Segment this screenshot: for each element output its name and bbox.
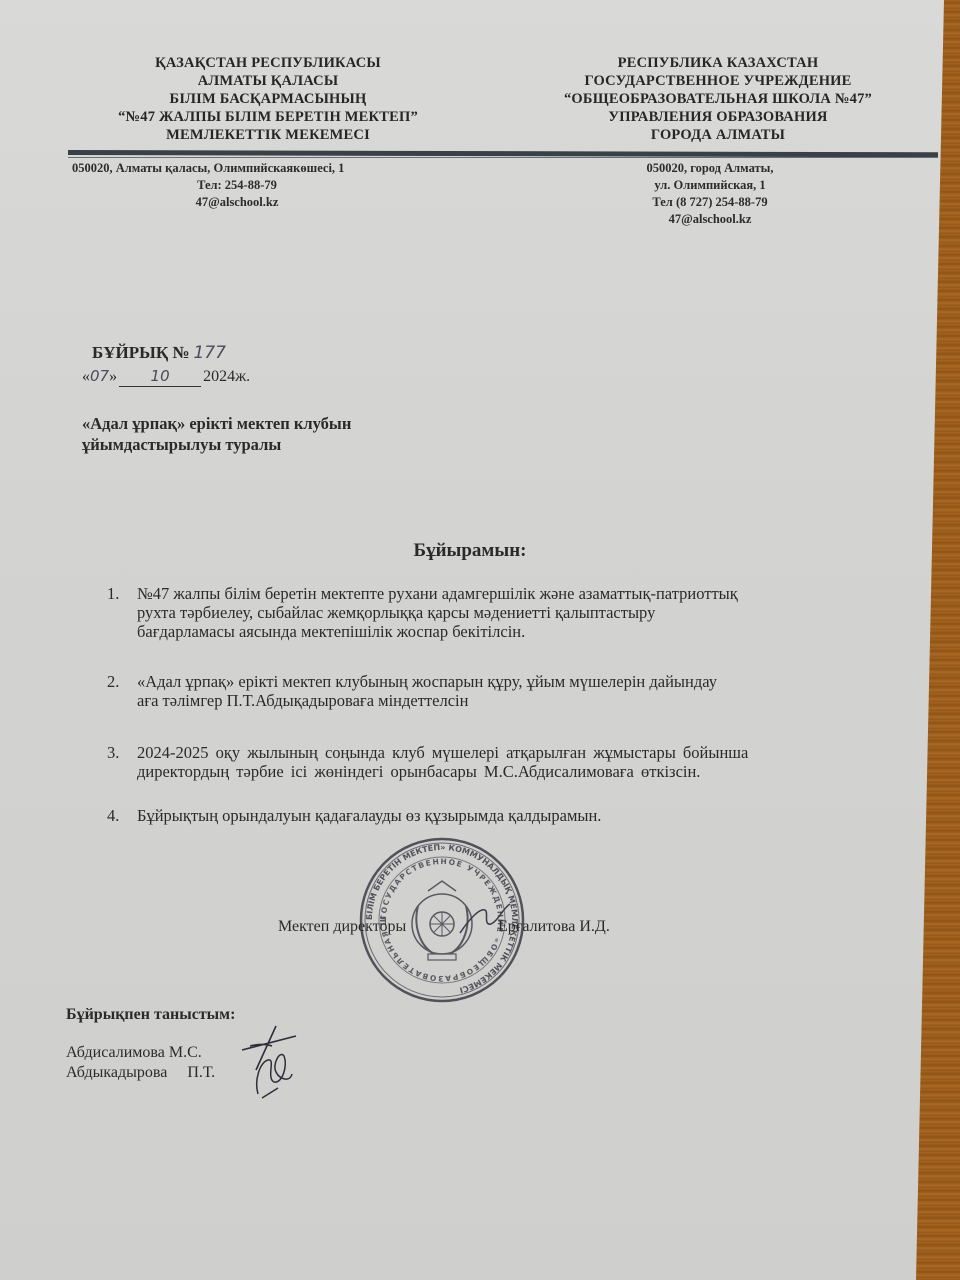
- item-line: бағдарламасы аясында мектепішілік жоспар…: [137, 622, 738, 641]
- order-subject: «Адал ұрпақ» ерікті мектеп клубын ұйымда…: [82, 413, 351, 455]
- item-line: рухта тәрбиелеу, сыбайлас жемқорлыққа қа…: [137, 603, 738, 622]
- header-right-line: РЕСПУБЛИКА КАЗАХСТАН: [508, 54, 928, 72]
- address-left: 050020, Алматы қаласы, Олимпийскаякөшесі…: [72, 160, 402, 211]
- date-month-line: 10: [119, 367, 201, 387]
- header-divider-thin: [68, 157, 938, 158]
- subject-line: ұйымдастырылуы туралы: [82, 434, 351, 455]
- header-right-ru: РЕСПУБЛИКА КАЗАХСТАН ГОСУДАРСТВЕННОЕ УЧР…: [508, 54, 928, 144]
- header-left-line: МЕМЛЕКЕТТІК МЕКЕМЕСІ: [68, 126, 468, 144]
- director-role: Мектеп директоры: [278, 918, 406, 936]
- address-email: 47@alschool.kz: [600, 211, 820, 228]
- header-left-line: “№47 ЖАЛПЫ БІЛІМ БЕРЕТІН МЕКТЕП”: [68, 108, 468, 126]
- order-number-line: БҰЙРЫҚ № 177: [92, 343, 226, 363]
- subject-line: «Адал ұрпақ» ерікті мектеп клубын: [82, 413, 351, 434]
- order-item-3: 3. 2024-2025 оқу жылының соңында клуб мү…: [107, 743, 907, 783]
- item-line: «Адал ұрпақ» ерікті мектеп клубының жосп…: [137, 672, 717, 691]
- acknowledgement-name-1: Абдисалимова М.С.: [66, 1043, 202, 1062]
- date-year: 2024ж.: [203, 368, 250, 385]
- header-left-line: БІЛІМ БАСҚАРМАСЫНЫҢ: [68, 90, 468, 108]
- item-line: №47 жалпы білім беретін мектепте рухани …: [137, 584, 738, 603]
- date-month-handwritten: 10: [151, 367, 170, 385]
- quote-open: «: [82, 368, 90, 385]
- acknowledgement-name-2: Абдыкадырова П.Т.: [66, 1063, 215, 1082]
- order-item-2: 2. «Адал ұрпақ» ерікті мектеп клубының ж…: [107, 672, 907, 712]
- item-line: аға тәлімгер П.Т.Абдықадыроваға міндетте…: [137, 691, 717, 710]
- quote-close: »: [109, 368, 117, 385]
- item-number: 1.: [107, 584, 119, 603]
- acknowledgement-signatures: [236, 1022, 306, 1102]
- address-phone: Тел: 254-88-79: [72, 177, 402, 194]
- address-email: 47@alschool.kz: [72, 194, 402, 211]
- address-right: 050020, город Алматы, ул. Олимпийская, 1…: [600, 160, 820, 228]
- order-date: «07»102024ж.: [82, 367, 250, 387]
- acknowledgement-title: Бұйрықпен таныстым:: [66, 1006, 235, 1024]
- order-title: БҰЙРЫҚ №: [92, 343, 189, 362]
- item-line: директордың тәрбие ісі жөніндегі орынбас…: [137, 762, 748, 781]
- director-signature: [455, 898, 515, 938]
- item-line: Бұйрықтың орындалуын қадағалауды өз құзы…: [137, 806, 601, 825]
- order-item-4: 4. Бұйрықтың орындалуын қадағалауды өз қ…: [107, 806, 907, 826]
- address-street: 050020, Алматы қаласы, Олимпийскаякөшесі…: [72, 160, 402, 177]
- header-left-kz: ҚАЗАҚСТАН РЕСПУБЛИКАСЫ АЛМАТЫ ҚАЛАСЫ БІЛ…: [68, 54, 468, 144]
- item-number: 4.: [107, 806, 119, 825]
- header-right-line: “ОБЩЕОБРАЗОВАТЕЛЬНАЯ ШКОЛА №47”: [508, 90, 928, 108]
- item-line: 2024-2025 оқу жылының соңында клуб мүшел…: [137, 743, 748, 762]
- address-phone: Тел (8 727) 254-88-79: [600, 194, 820, 211]
- order-number-handwritten: 177: [193, 343, 225, 363]
- header-right-line: ГОСУДАРСТВЕННОЕ УЧРЕЖДЕНИЕ: [508, 72, 928, 90]
- header-right-line: ГОРОДА АЛМАТЫ: [508, 126, 928, 144]
- item-number: 2.: [107, 672, 119, 691]
- order-item-1: 1. №47 жалпы білім беретін мектепте руха…: [107, 584, 907, 644]
- header-left-line: ҚАЗАҚСТАН РЕСПУБЛИКАСЫ: [68, 54, 468, 72]
- address-city: 050020, город Алматы,: [600, 160, 820, 177]
- date-day-handwritten: 07: [90, 367, 109, 385]
- commands-heading: Бұйырамын:: [0, 540, 940, 562]
- header-right-line: УПРАВЛЕНИЯ ОБРАЗОВАНИЯ: [508, 108, 928, 126]
- address-street: ул. Олимпийская, 1: [600, 177, 820, 194]
- item-number: 3.: [107, 743, 119, 762]
- header-left-line: АЛМАТЫ ҚАЛАСЫ: [68, 72, 468, 90]
